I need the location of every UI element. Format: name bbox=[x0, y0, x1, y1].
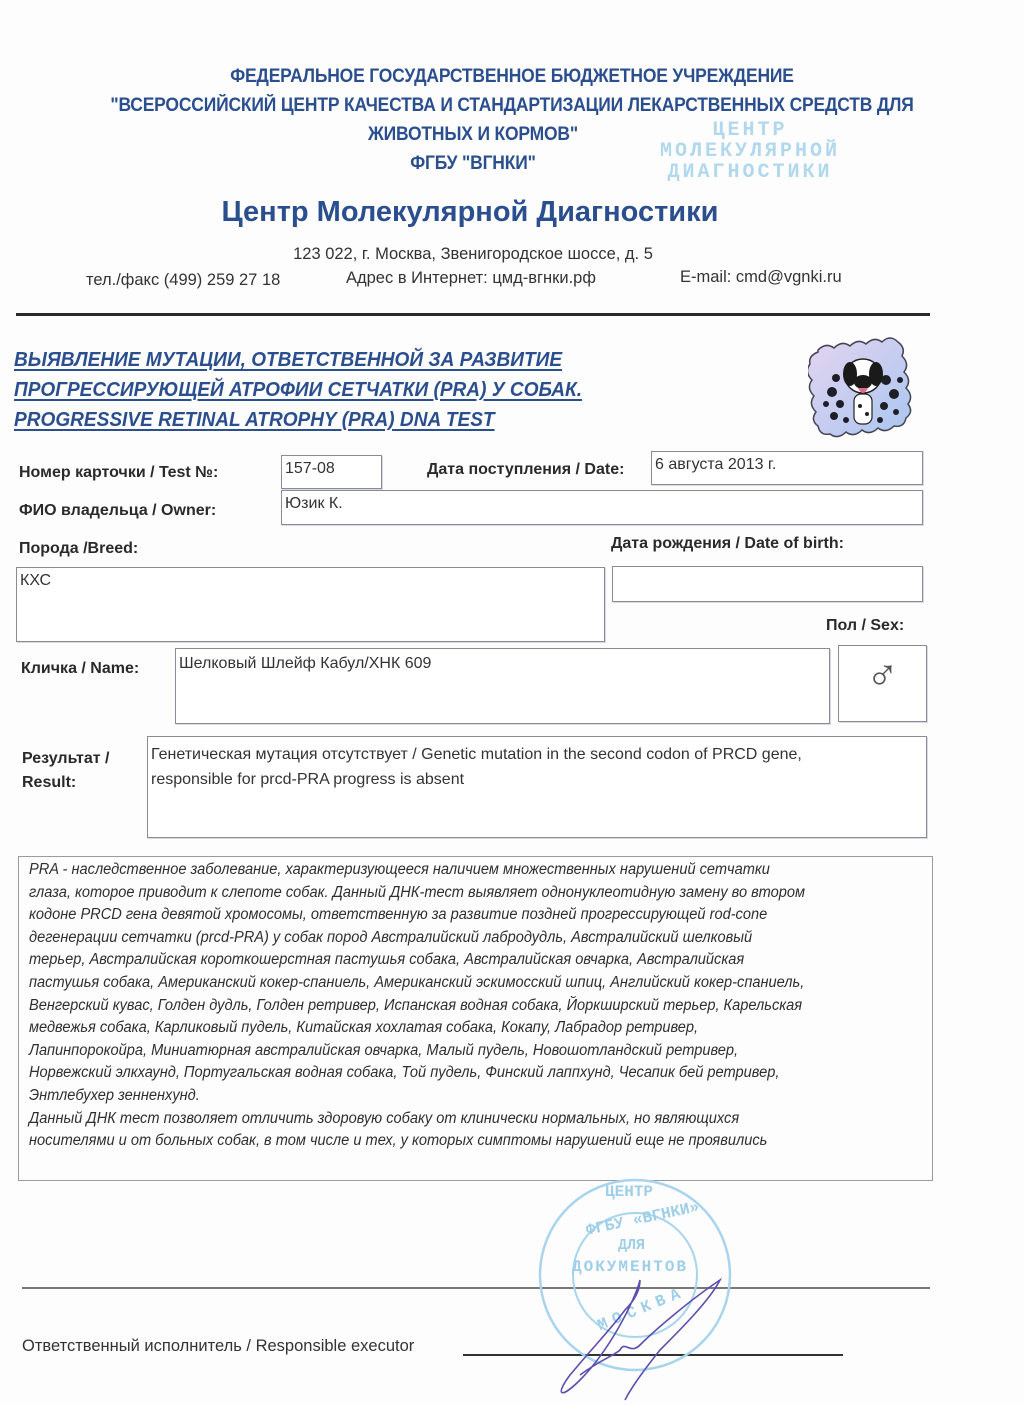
date-label: Дата поступления / Date: bbox=[427, 461, 624, 479]
header-divider bbox=[16, 313, 930, 316]
org-name-line-1: ФЕДЕРАЛЬНОЕ ГОСУДАРСТВЕННОЕ БЮДЖЕТНОЕ УЧ… bbox=[41, 66, 983, 88]
info-line: Лапинпорокойра, Миниатюрная австралийска… bbox=[29, 1040, 884, 1063]
sex-field[interactable]: ♂ bbox=[838, 645, 927, 722]
breed-label: Порода /Breed: bbox=[19, 540, 138, 558]
name-label: Кличка / Name: bbox=[21, 660, 139, 678]
stamp-line: МОЛЕКУЛЯРНОЙ bbox=[640, 141, 860, 162]
result-field[interactable]: Генетическая мутация отсутствует / Genet… bbox=[147, 736, 927, 838]
info-line: пастушья собака, Американский кокер-спан… bbox=[29, 972, 884, 995]
test-title-line-1: ВЫЯВЛЕНИЕ МУТАЦИИ, ОТВЕТСТВЕННОЙ ЗА РАЗВ… bbox=[14, 348, 562, 372]
sex-label: Пол / Sex: bbox=[826, 617, 904, 635]
info-line: терьер, Австралийская короткошерстная па… bbox=[29, 949, 884, 972]
result-label-1: Результат / bbox=[22, 750, 109, 768]
test-no-field[interactable]: 157-08 bbox=[281, 455, 382, 489]
result-text-line: responsible for prcd-PRA progress is abs… bbox=[151, 767, 923, 792]
test-no-label: Номер карточки / Test №: bbox=[19, 464, 218, 482]
owner-label: ФИО владельца / Owner: bbox=[19, 502, 216, 520]
info-line: дегенерации сетчатки (prcd-PRA) у собак … bbox=[29, 927, 884, 950]
dob-field[interactable] bbox=[612, 566, 923, 602]
date-field[interactable]: 6 августа 2013 г. bbox=[651, 451, 923, 485]
executor-label: Ответственный исполнитель / Responsible … bbox=[22, 1337, 414, 1356]
footer-divider bbox=[22, 1287, 930, 1289]
info-line: носителями и от больных собак, в том чис… bbox=[29, 1130, 884, 1153]
stamp-line: ЦЕНТР bbox=[640, 120, 860, 141]
info-line: глаза, которое приводит к слепоте собак.… bbox=[29, 882, 884, 905]
stamp-line: ДИАГНОСТИКИ bbox=[640, 162, 860, 183]
center-stamp: ЦЕНТР МОЛЕКУЛЯРНОЙ ДИАГНОСТИКИ bbox=[640, 120, 860, 183]
dob-label: Дата рождения / Date of birth: bbox=[611, 535, 844, 553]
breed-field[interactable]: КХС bbox=[16, 567, 605, 642]
info-line: Венгерский кувас, Голден дудль, Голден р… bbox=[29, 995, 884, 1018]
info-line: Норвежский элкхаунд, Португальская водна… bbox=[29, 1062, 884, 1085]
phone: тел./факс (499) 259 27 18 bbox=[86, 271, 280, 290]
disease-description: PRA - наследственное заболевание, характ… bbox=[18, 856, 933, 1181]
info-line: медвежья собака, Карликовый пудель, Кита… bbox=[29, 1017, 884, 1040]
info-line: Данный ДНК тест позволяет отличить здоро… bbox=[29, 1108, 884, 1131]
dalmatian-puppy-icon bbox=[808, 336, 918, 442]
email-link[interactable]: E-mail: cmd@vgnki.ru bbox=[680, 268, 842, 287]
male-symbol-icon: ♂ bbox=[866, 651, 899, 700]
center-title: Центр Молекулярной Диагностики bbox=[0, 196, 940, 229]
result-text-line: Генетическая мутация отсутствует / Genet… bbox=[151, 742, 923, 767]
test-title-line-3: PROGRESSIVE RETINAL ATROPHY (PRA) DNA TE… bbox=[14, 408, 495, 432]
address: 123 022, г. Москва, Звенигородское шоссе… bbox=[0, 245, 946, 264]
name-field[interactable]: Шелковый Шлейф Кабул/ХНК 609 bbox=[175, 648, 830, 724]
signature-icon bbox=[540, 1260, 740, 1405]
info-line: PRA - наследственное заболевание, характ… bbox=[29, 859, 884, 882]
website-link[interactable]: Адрес в Интернет: цмд-вгнки.рф bbox=[346, 269, 596, 288]
info-line: Энтлебухер зенненхунд. bbox=[29, 1085, 884, 1108]
test-title-line-2: ПРОГРЕССИРУЮЩЕЙ АТРОФИИ СЕТЧАТКИ (PRA) У… bbox=[14, 378, 582, 402]
org-name-line-2: "ВСЕРОССИЙСКИЙ ЦЕНТР КАЧЕСТВА И СТАНДАРТ… bbox=[41, 95, 983, 117]
info-line: кодоне PRCD гена девятой хромосомы, отве… bbox=[29, 904, 884, 927]
result-label-2: Result: bbox=[22, 774, 76, 792]
owner-field[interactable]: Юзик К. bbox=[281, 490, 923, 525]
stamp-text: ДЛЯ bbox=[618, 1237, 645, 1254]
stamp-text: ЦЕНТР bbox=[605, 1183, 653, 1201]
